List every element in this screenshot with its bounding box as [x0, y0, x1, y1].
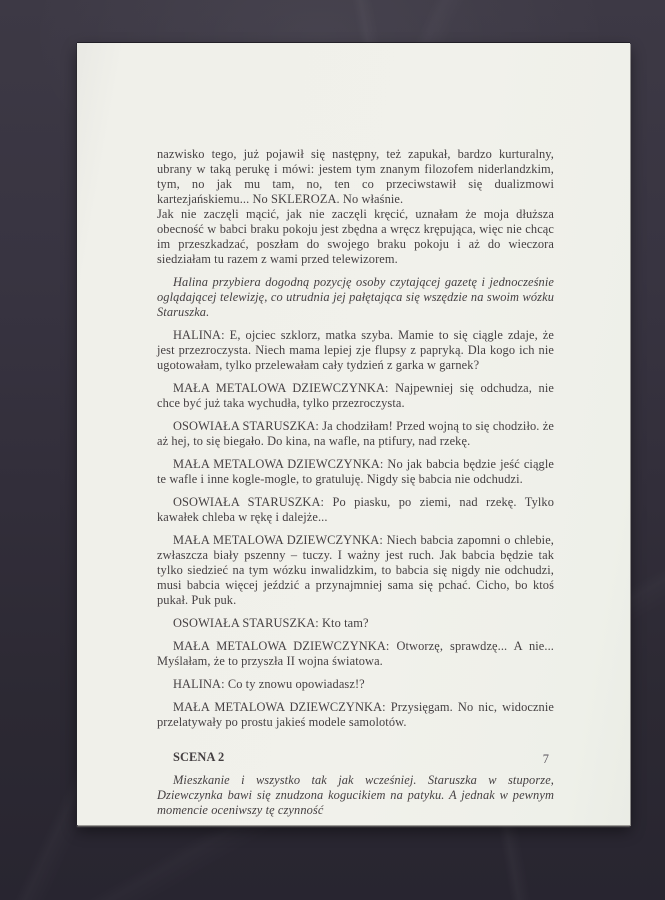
stage-paragraph: Mieszkanie i wszystko tak jak wcześniej.… — [157, 773, 554, 818]
photo-background: { "surface": { "background_top": "#3d394… — [0, 0, 665, 900]
dialogue-paragraph: OSOWIAŁA STARUSZKA: Ja chodziłam! Przed … — [157, 419, 554, 449]
body-paragraph: Jak nie zaczęli mącić, jak nie zaczęli k… — [157, 207, 554, 267]
script-page: nazwisko tego, już pojawił się następny,… — [77, 43, 630, 825]
stage-paragraph: Halina przybiera dogodną pozycję osoby c… — [157, 275, 554, 320]
dialogue-paragraph: OSOWIAŁA STARUSZKA: Kto tam? — [157, 616, 554, 631]
dialogue-paragraph: OSOWIAŁA STARUSZKA: Po piasku, po ziemi,… — [157, 495, 554, 525]
dialogue-paragraph: MAŁA METALOWA DZIEWCZYNKA: Przysięgam. N… — [157, 700, 554, 730]
page-text: nazwisko tego, już pojawił się następny,… — [157, 147, 554, 818]
dialogue-paragraph: HALINA: Co ty znowu opowiadasz!? — [157, 677, 554, 692]
body-paragraph: nazwisko tego, już pojawił się następny,… — [157, 147, 554, 207]
dialogue-paragraph: HALINA: E, ojciec szklorz, matka szyba. … — [157, 328, 554, 373]
dialogue-paragraph: MAŁA METALOWA DZIEWCZYNKA: Otworzę, spra… — [157, 639, 554, 669]
dialogue-paragraph: MAŁA METALOWA DZIEWCZYNKA: Najpewniej si… — [157, 381, 554, 411]
dialogue-paragraph: MAŁA METALOWA DZIEWCZYNKA: No jak babcia… — [157, 457, 554, 487]
page-number: 7 — [157, 752, 549, 767]
dialogue-paragraph: MAŁA METALOWA DZIEWCZYNKA: Niech babcia … — [157, 533, 554, 608]
